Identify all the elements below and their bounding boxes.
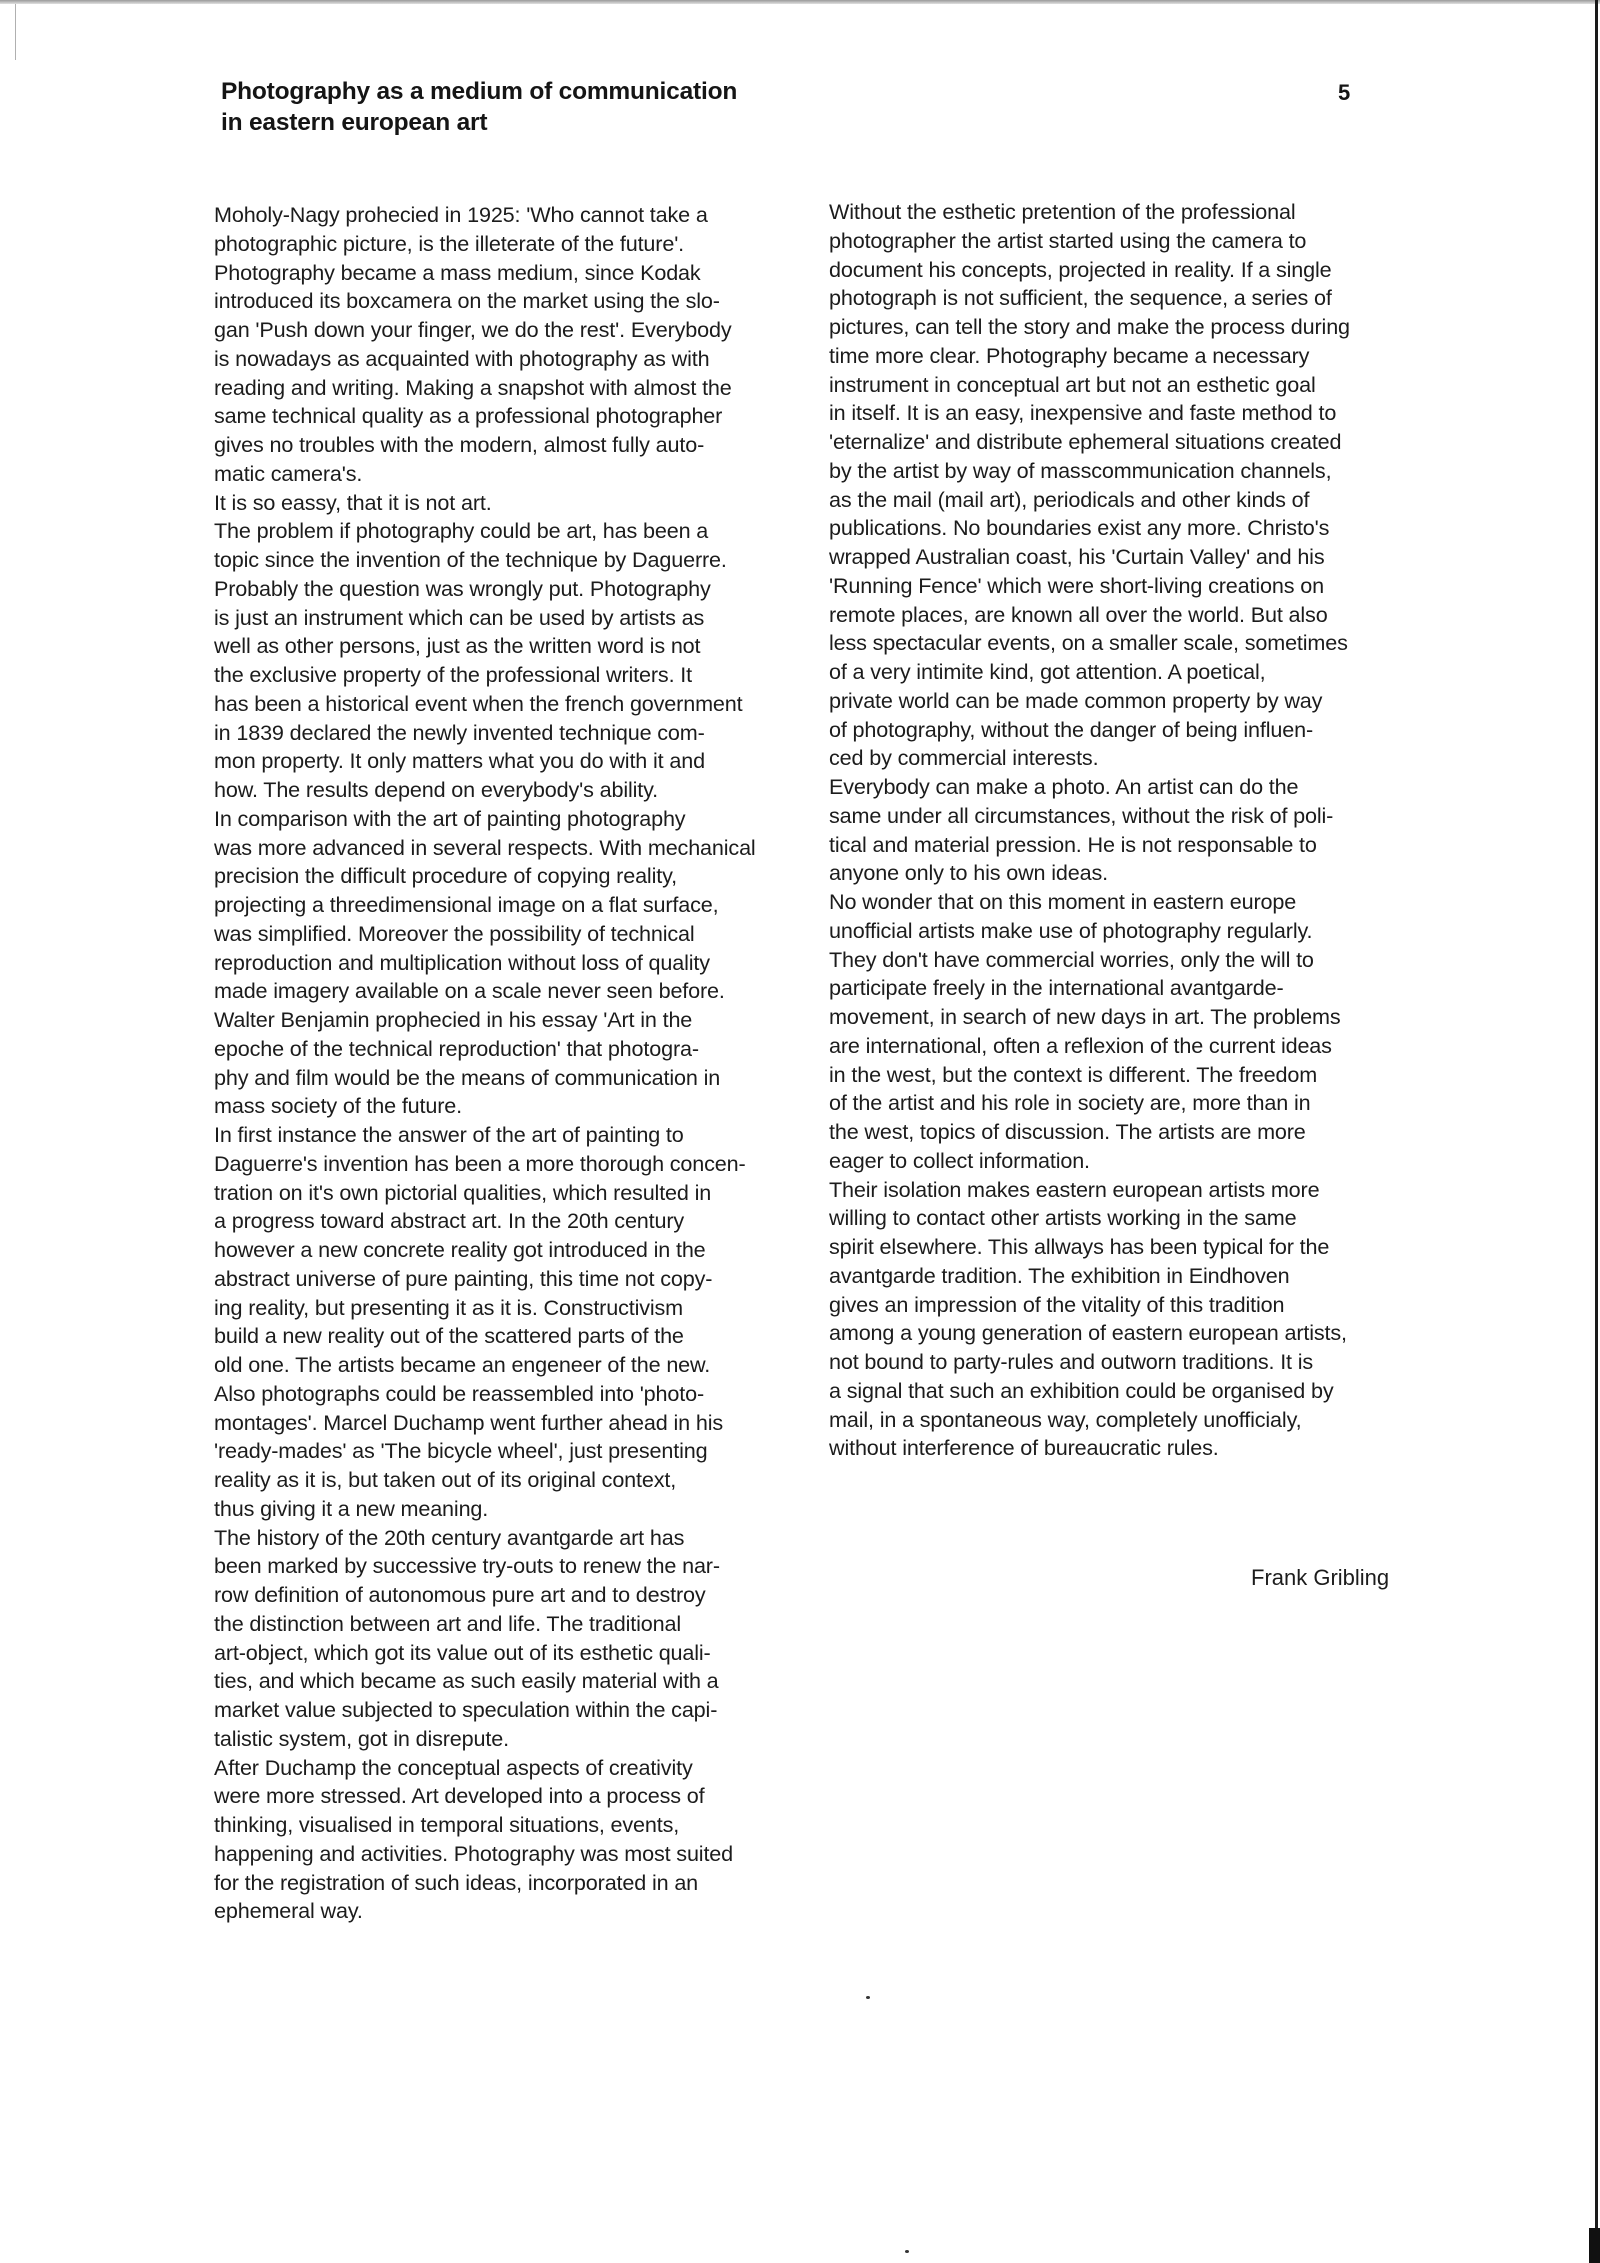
text-line: In comparison with the art of painting p… (214, 805, 814, 834)
text-line: the exclusive property of the profession… (214, 661, 814, 690)
text-line: same under all circumstances, without th… (829, 802, 1429, 831)
text-line: gives no troubles with the modern, almos… (214, 431, 814, 460)
text-line: been marked by successive try-outs to re… (214, 1552, 814, 1581)
title-line-2: in eastern european art (221, 107, 737, 138)
scan-right-corner-shadow (1589, 2228, 1600, 2263)
text-line: Without the esthetic pretention of the p… (829, 198, 1429, 227)
right-column: Without the esthetic pretention of the p… (829, 198, 1429, 1463)
text-line: has been a historical event when the fre… (214, 690, 814, 719)
text-line: reading and writing. Making a snapshot w… (214, 374, 814, 403)
text-line: made imagery available on a scale never … (214, 977, 814, 1006)
text-line: introduced its boxcamera on the market u… (214, 287, 814, 316)
text-line: among a young generation of eastern euro… (829, 1319, 1429, 1348)
text-line: a progress toward abstract art. In the 2… (214, 1207, 814, 1236)
text-line: abstract universe of pure painting, this… (214, 1265, 814, 1294)
text-line: was simplified. Moreover the possibility… (214, 920, 814, 949)
text-line: 'ready-mades' as 'The bicycle wheel', ju… (214, 1437, 814, 1466)
text-line: matic camera's. (214, 460, 814, 489)
text-line: in 1839 declared the newly invented tech… (214, 719, 814, 748)
text-line: time more clear. Photography became a ne… (829, 342, 1429, 371)
text-line: photographer the artist started using th… (829, 227, 1429, 256)
text-line: same technical quality as a professional… (214, 402, 814, 431)
text-line: gives an impression of the vitality of t… (829, 1291, 1429, 1320)
text-line: phy and film would be the means of commu… (214, 1064, 814, 1093)
text-line: row definition of autonomous pure art an… (214, 1581, 814, 1610)
author-signature: Frank Gribling (1251, 1565, 1389, 1591)
page-number: 5 (1338, 80, 1350, 106)
scan-top-edge (0, 0, 1600, 4)
text-line: less spectacular events, on a smaller sc… (829, 629, 1429, 658)
text-line: ced by commercial interests. (829, 744, 1429, 773)
text-line: Moholy-Nagy prohecied in 1925: 'Who cann… (214, 201, 814, 230)
text-line: is just an instrument which can be used … (214, 604, 814, 633)
text-line: without interference of bureaucratic rul… (829, 1434, 1429, 1463)
text-line: for the registration of such ideas, inco… (214, 1869, 814, 1898)
left-column: Moholy-Nagy prohecied in 1925: 'Who cann… (214, 201, 814, 1926)
text-line: unofficial artists make use of photograp… (829, 917, 1429, 946)
text-line: Probably the question was wrongly put. P… (214, 575, 814, 604)
text-line: 'eternalize' and distribute ephemeral si… (829, 428, 1429, 457)
text-line: The problem if photography could be art,… (214, 517, 814, 546)
text-line: old one. The artists became an engeneer … (214, 1351, 814, 1380)
page-title: Photography as a medium of communication… (221, 76, 737, 138)
text-line: wrapped Australian coast, his 'Curtain V… (829, 543, 1429, 572)
text-line: a signal that such an exhibition could b… (829, 1377, 1429, 1406)
text-line: remote places, are known all over the wo… (829, 601, 1429, 630)
text-line: mail, in a spontaneous way, completely u… (829, 1406, 1429, 1435)
text-line: pictures, can tell the story and make th… (829, 313, 1429, 342)
text-line: build a new reality out of the scattered… (214, 1322, 814, 1351)
scan-left-edge (15, 4, 16, 60)
text-line: of the artist and his role in society ar… (829, 1089, 1429, 1118)
text-line: movement, in search of new days in art. … (829, 1003, 1429, 1032)
text-line: reality as it is, but taken out of its o… (214, 1466, 814, 1495)
text-line: Their isolation makes eastern european a… (829, 1176, 1429, 1205)
text-line: talistic system, got in disrepute. (214, 1725, 814, 1754)
text-line: thinking, visualised in temporal situati… (214, 1811, 814, 1840)
text-line: epoche of the technical reproduction' th… (214, 1035, 814, 1064)
text-line: reproduction and multiplication without … (214, 949, 814, 978)
text-line: The history of the 20th century avantgar… (214, 1524, 814, 1553)
text-line: ephemeral way. (214, 1897, 814, 1926)
text-line: In first instance the answer of the art … (214, 1121, 814, 1150)
text-line: After Duchamp the conceptual aspects of … (214, 1754, 814, 1783)
text-line: how. The results depend on everybody's a… (214, 776, 814, 805)
text-line: of a very intimite kind, got attention. … (829, 658, 1429, 687)
text-line: are international, often a reflexion of … (829, 1032, 1429, 1061)
text-line: Walter Benjamin prophecied in his essay … (214, 1006, 814, 1035)
text-line: not bound to party-rules and outworn tra… (829, 1348, 1429, 1377)
text-line: photographic picture, is the illeterate … (214, 230, 814, 259)
text-line: Everybody can make a photo. An artist ca… (829, 773, 1429, 802)
text-line: happening and activities. Photography wa… (214, 1840, 814, 1869)
scan-speck (905, 2250, 909, 2253)
text-line: eager to collect information. (829, 1147, 1429, 1176)
text-line: however a new concrete reality got intro… (214, 1236, 814, 1265)
scan-speck (866, 1996, 870, 1999)
text-line: well as other persons, just as the writt… (214, 632, 814, 661)
text-line: publications. No boundaries exist any mo… (829, 514, 1429, 543)
text-line: projecting a threedimensional image on a… (214, 891, 814, 920)
text-line: the west, topics of discussion. The arti… (829, 1118, 1429, 1147)
text-line: private world can be made common propert… (829, 687, 1429, 716)
text-line: by the artist by way of masscommunicatio… (829, 457, 1429, 486)
text-line: willing to contact other artists working… (829, 1204, 1429, 1233)
text-line: as the mail (mail art), periodicals and … (829, 486, 1429, 515)
text-line: were more stressed. Art developed into a… (214, 1782, 814, 1811)
text-line: market value subjected to speculation wi… (214, 1696, 814, 1725)
text-line: avantgarde tradition. The exhibition in … (829, 1262, 1429, 1291)
text-line: No wonder that on this moment in eastern… (829, 888, 1429, 917)
text-line: was more advanced in several respects. W… (214, 834, 814, 863)
text-line: of photography, without the danger of be… (829, 716, 1429, 745)
text-line: the distinction between art and life. Th… (214, 1610, 814, 1639)
text-line: mon property. It only matters what you d… (214, 747, 814, 776)
text-line: Photography became a mass medium, since … (214, 259, 814, 288)
text-line: It is so eassy, that it is not art. (214, 489, 814, 518)
text-line: is nowadays as acquainted with photograp… (214, 345, 814, 374)
text-line: tration on it's own pictorial qualities,… (214, 1179, 814, 1208)
text-line: gan 'Push down your finger, we do the re… (214, 316, 814, 345)
text-line: topic since the invention of the techniq… (214, 546, 814, 575)
text-line: thus giving it a new meaning. (214, 1495, 814, 1524)
text-line: anyone only to his own ideas. (829, 859, 1429, 888)
text-line: They don't have commercial worries, only… (829, 946, 1429, 975)
scan-right-edge (1595, 0, 1598, 2263)
text-line: mass society of the future. (214, 1092, 814, 1121)
text-line: precision the difficult procedure of cop… (214, 862, 814, 891)
text-line: Daguerre's invention has been a more tho… (214, 1150, 814, 1179)
text-line: ties, and which became as such easily ma… (214, 1667, 814, 1696)
text-line: ing reality, but presenting it as it is.… (214, 1294, 814, 1323)
text-line: art-object, which got its value out of i… (214, 1639, 814, 1668)
text-line: spirit elsewhere. This allways has been … (829, 1233, 1429, 1262)
text-line: instrument in conceptual art but not an … (829, 371, 1429, 400)
text-line: montages'. Marcel Duchamp went further a… (214, 1409, 814, 1438)
text-line: tical and material pression. He is not r… (829, 831, 1429, 860)
text-line: Also photographs could be reassembled in… (214, 1380, 814, 1409)
title-line-1: Photography as a medium of communication (221, 76, 737, 107)
text-line: photograph is not sufficient, the sequen… (829, 284, 1429, 313)
text-line: in the west, but the context is differen… (829, 1061, 1429, 1090)
text-line: in itself. It is an easy, inexpensive an… (829, 399, 1429, 428)
text-line: participate freely in the international … (829, 974, 1429, 1003)
text-line: document his concepts, projected in real… (829, 256, 1429, 285)
text-line: 'Running Fence' which were short-living … (829, 572, 1429, 601)
